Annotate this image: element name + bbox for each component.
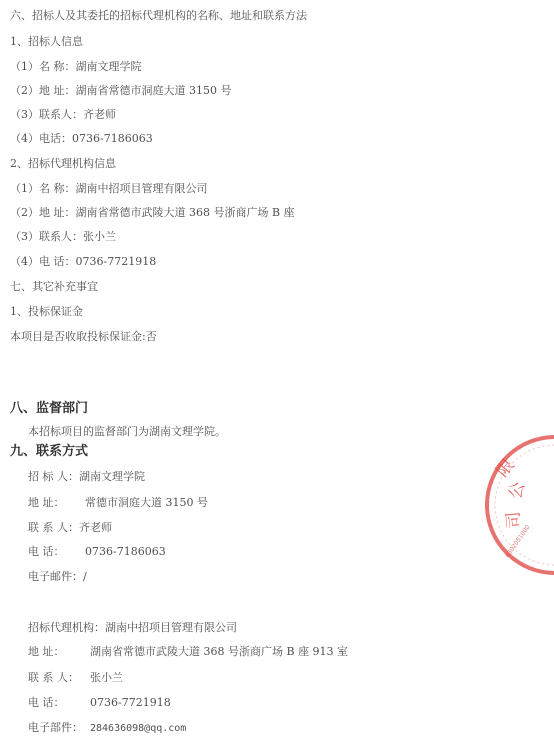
field-value: 湖南中招项目管理有限公司 — [105, 621, 237, 635]
tenderer-address: （2）地 址：湖南省常德市洞庭大道 3150 号 — [10, 84, 231, 98]
section-6-title: 六、招标人及其委托的招标代理机构的名称、地址和联系方法 — [10, 9, 307, 23]
field-value: 湖南文理学院 — [79, 470, 145, 484]
contact-tenderer-phone: 电 话：0736-7186063 — [28, 545, 166, 559]
contact-agency-address: 地 址：湖南省常德市武陵大道 368 号浙商广场 B 座 913 室 — [28, 645, 348, 659]
field-label: 电 话： — [28, 696, 90, 710]
agency-phone: （4）电 话：0736-7721918 — [10, 255, 156, 269]
contact-tenderer-email: 电子邮件：/ — [28, 570, 87, 584]
field-label: 招标代理机构： — [28, 621, 105, 635]
field-label: 电 话： — [28, 545, 85, 559]
section-9-title: 九、联系方式 — [10, 445, 88, 459]
field-label: 地 址： — [28, 496, 85, 510]
tenderer-phone: （4）电话：0736-7186063 — [10, 132, 153, 146]
field-label: 电子部件： — [28, 721, 90, 735]
svg-text:4302051000: 4302051000 — [504, 524, 532, 559]
field-value: 0736-7186063 — [85, 545, 166, 559]
bid-bond-text: 本项目是否收取投标保证金:否 — [10, 330, 157, 344]
contact-agency-phone: 电 话：0736-7721918 — [28, 696, 171, 710]
tenderer-contact: （3）联系人：齐老师 — [10, 108, 116, 122]
contact-tenderer-name: 招 标 人：湖南文理学院 — [28, 470, 145, 484]
field-label: 地 址： — [28, 645, 90, 659]
section-8-title: 八、监督部门 — [10, 402, 88, 416]
contact-agency-email: 电子部件：284636098@qq.com — [28, 721, 186, 736]
agency-info-heading: 2、招标代理机构信息 — [10, 157, 116, 171]
field-value: 常德市洞庭大道 3150 号 — [85, 496, 208, 510]
svg-text:限: 限 — [493, 455, 519, 481]
field-value: 张小兰 — [90, 671, 123, 685]
company-seal: 限 公 司 4302051000 — [480, 430, 554, 580]
field-value: 0736-7721918 — [90, 696, 171, 710]
contact-agency-person: 联 系 人：张小兰 — [28, 671, 123, 685]
agency-contact: （3）联系人：张小兰 — [10, 230, 116, 244]
contact-tenderer-address: 地 址：常德市洞庭大道 3150 号 — [28, 496, 208, 510]
section-7-title: 七、其它补充事宜 — [10, 280, 98, 294]
field-label: 招 标 人： — [28, 470, 79, 484]
field-value: 湖南省常德市武陵大道 368 号浙商广场 B 座 913 室 — [90, 645, 348, 659]
field-value: / — [83, 570, 87, 584]
seal-icon: 限 公 司 4302051000 — [480, 430, 554, 580]
svg-text:公: 公 — [506, 480, 530, 502]
field-value: 齐老师 — [79, 521, 112, 535]
tenderer-info-heading: 1、招标人信息 — [10, 35, 83, 49]
tenderer-name: （1）名 称：湖南文理学院 — [10, 60, 142, 74]
field-label: 联 系 人： — [28, 521, 79, 535]
supervision-text: 本招标项目的监督部门为湖南文理学院。 — [28, 425, 226, 439]
bid-bond-heading: 1、投标保证金 — [10, 305, 83, 319]
field-label: 联 系 人： — [28, 671, 90, 685]
agency-address: （2）地 址：湖南省常德市武陵大道 368 号浙商广场 B 座 — [10, 206, 295, 220]
field-label: 电子邮件： — [28, 570, 83, 584]
agency-name: （1）名 称：湖南中招项目管理有限公司 — [10, 182, 208, 196]
field-value: 284636098@qq.com — [90, 722, 186, 736]
svg-text:司: 司 — [504, 511, 525, 530]
contact-agency-name: 招标代理机构：湖南中招项目管理有限公司 — [28, 621, 237, 635]
contact-tenderer-person: 联 系 人：齐老师 — [28, 521, 112, 535]
